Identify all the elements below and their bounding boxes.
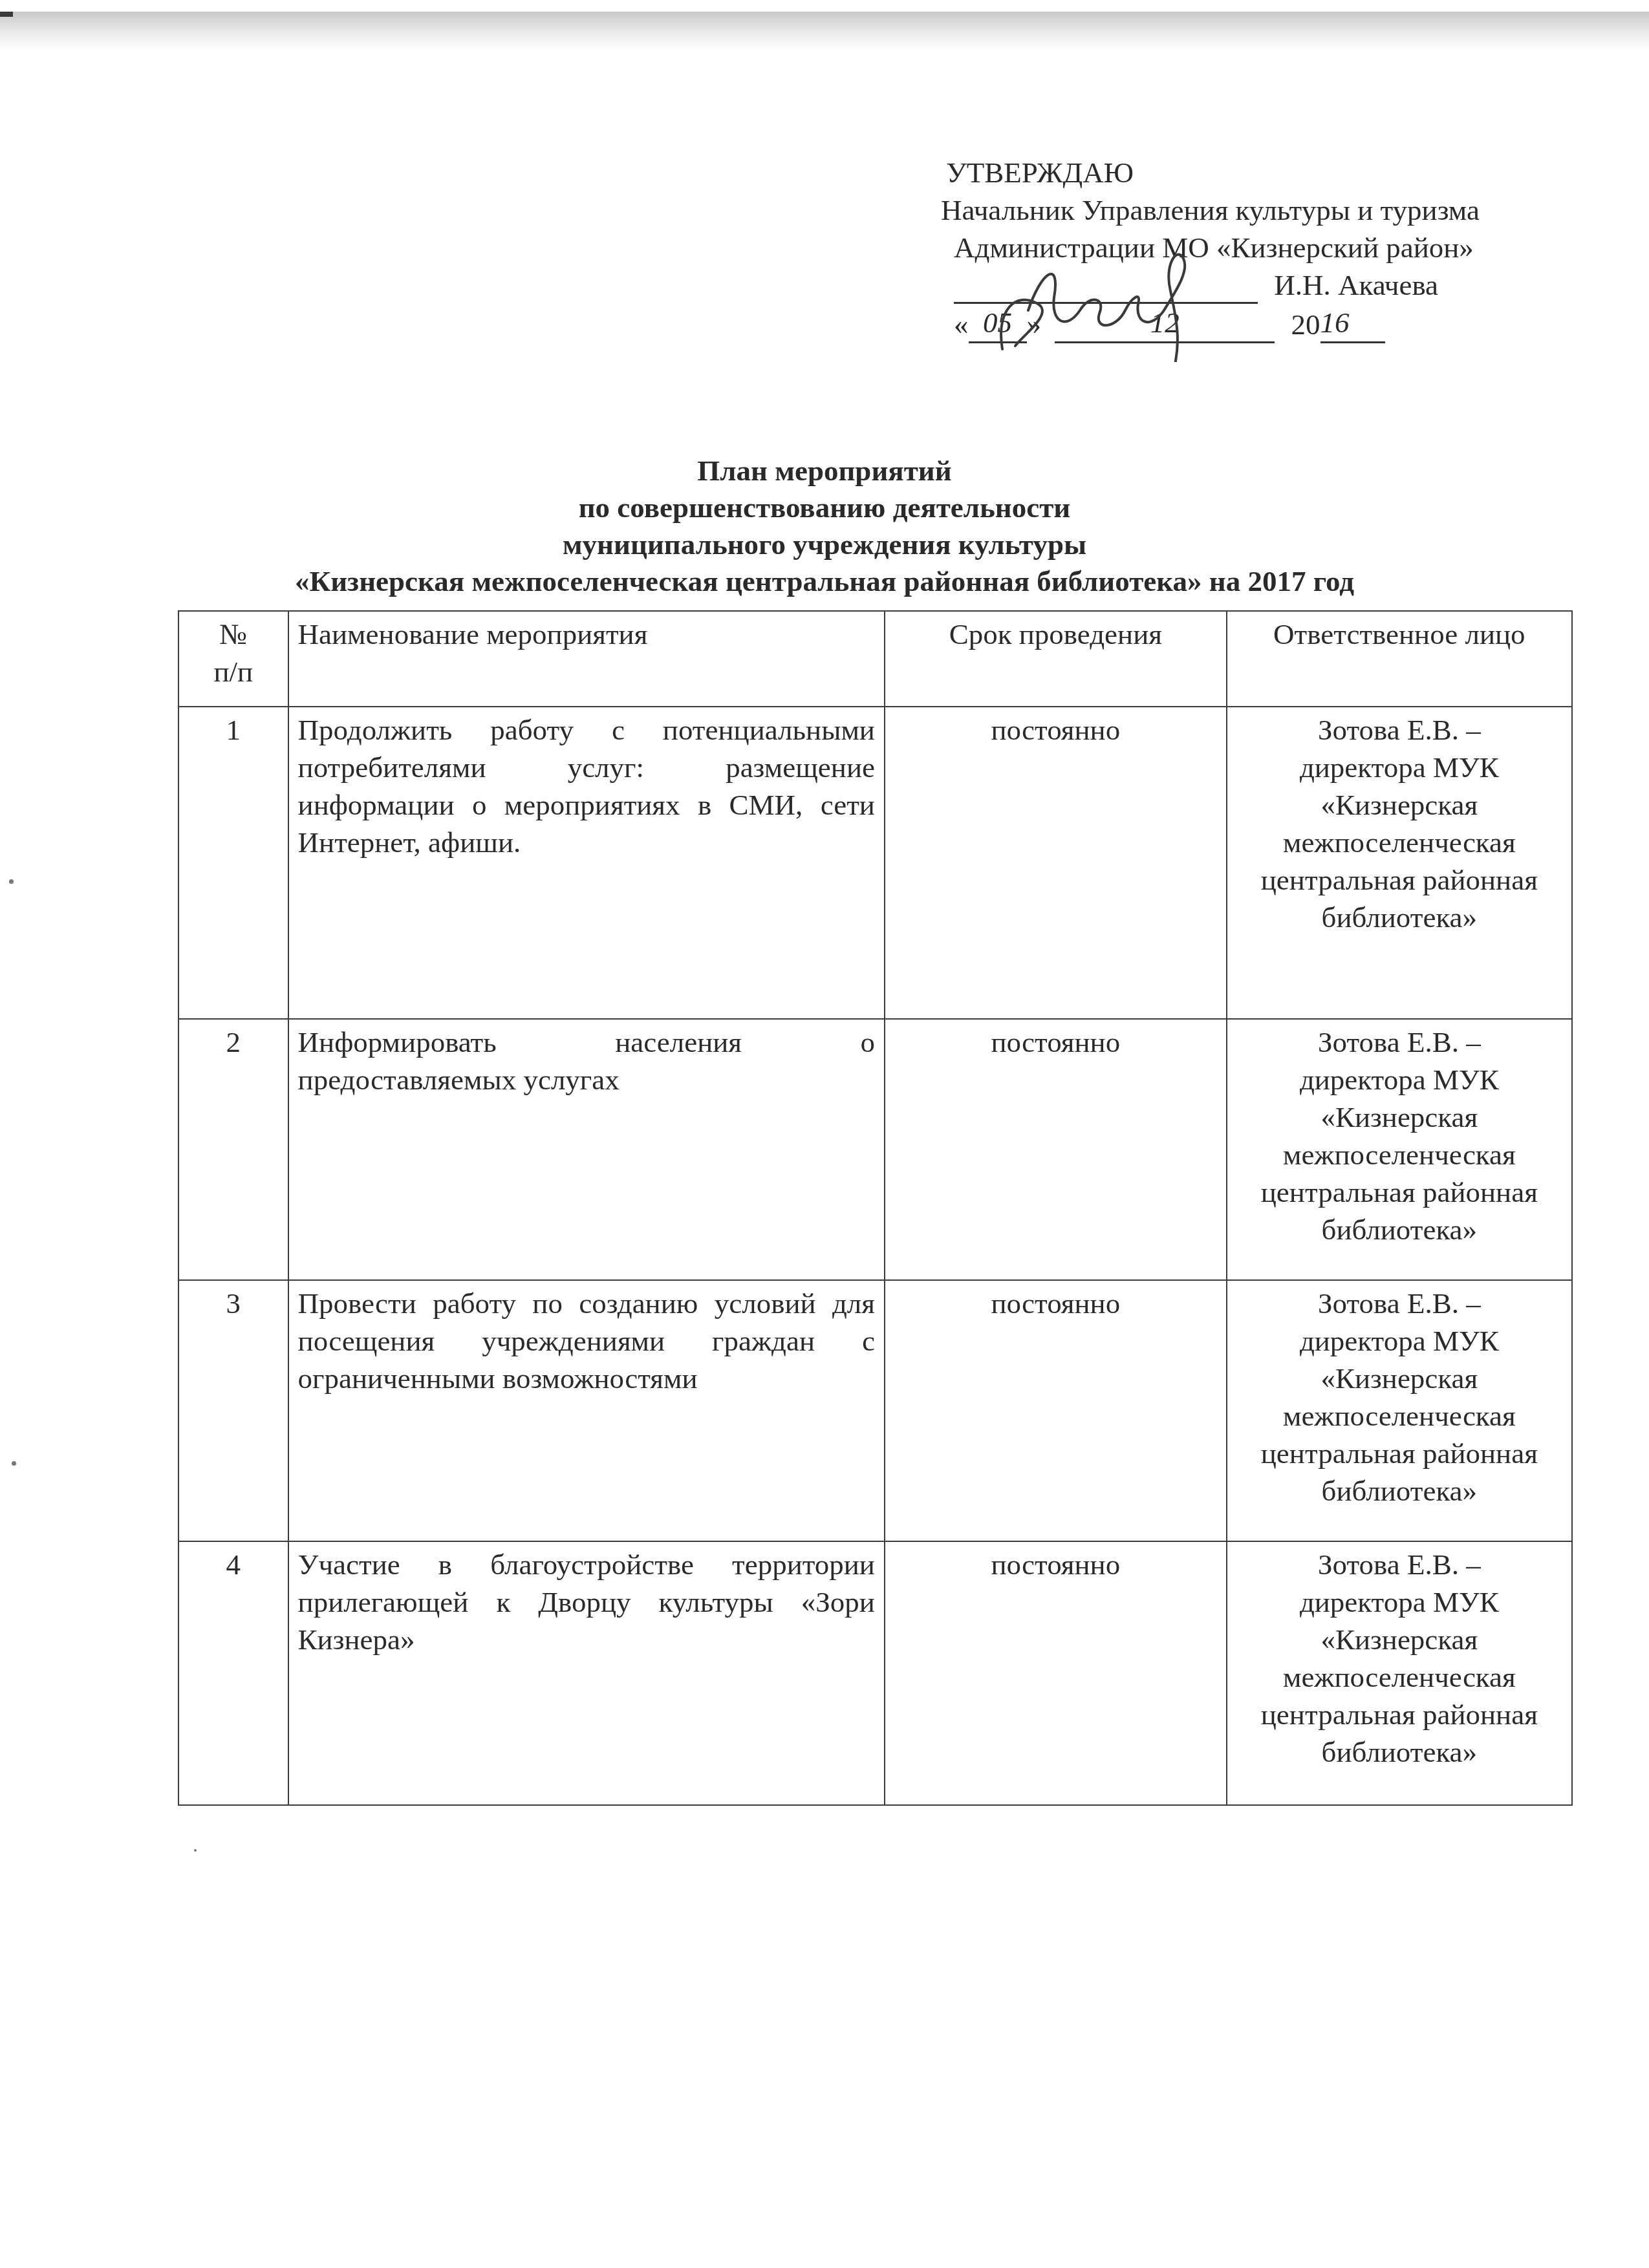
row-term: постоянно [885, 1019, 1227, 1280]
scan-speck [9, 879, 14, 884]
title-line2: по совершенствованию деятельности [0, 489, 1649, 526]
title-line1: План мероприятий [0, 453, 1649, 489]
responsible-line: библиотека» [1236, 1211, 1562, 1248]
responsible-line: директора МУК [1236, 749, 1562, 786]
table-row: 3Провести работу по созданию условий для… [178, 1280, 1572, 1541]
responsible-line: директора МУК [1236, 1322, 1562, 1360]
plan-table: № п/п Наименование мероприятия Срок пров… [178, 610, 1573, 1806]
handwritten-signature-icon [976, 233, 1364, 362]
header-num-symbol: № [188, 615, 279, 653]
approval-position-line1: Начальник Управления культуры и туризма [941, 191, 1588, 229]
header-responsible: Ответственное лицо [1227, 611, 1572, 707]
responsible-line: межпоселенческая [1236, 1658, 1562, 1696]
row-responsible: Зотова Е.В. –директора МУК«Кизнерскаямеж… [1227, 1280, 1572, 1541]
responsible-line: центральная районная [1236, 1696, 1562, 1733]
scan-speck [12, 1461, 16, 1466]
document-title: План мероприятий по совершенствованию де… [0, 453, 1649, 600]
row-number: 3 [178, 1280, 288, 1541]
responsible-line: «Кизнерская [1236, 1098, 1562, 1136]
responsible-line: библиотека» [1236, 899, 1562, 936]
row-responsible: Зотова Е.В. –директора МУК«Кизнерскаямеж… [1227, 707, 1572, 1019]
header-term: Срок проведения [885, 611, 1227, 707]
header-name: Наименование мероприятия [288, 611, 885, 707]
table-header-row: № п/п Наименование мероприятия Срок пров… [178, 611, 1572, 707]
responsible-line: библиотека» [1236, 1733, 1562, 1771]
responsible-line: Зотова Е.В. – [1236, 1546, 1562, 1583]
row-term: постоянно [885, 707, 1227, 1019]
row-number: 4 [178, 1541, 288, 1805]
responsible-line: «Кизнерская [1236, 1360, 1562, 1397]
row-activity-name: Провести работу по созданию условий для … [288, 1280, 885, 1541]
responsible-line: межпоселенческая [1236, 1397, 1562, 1435]
responsible-line: центральная районная [1236, 1173, 1562, 1211]
row-number: 2 [178, 1019, 288, 1280]
table-row: 2Информировать населения о предоставляем… [178, 1019, 1572, 1280]
responsible-line: центральная районная [1236, 861, 1562, 899]
responsible-line: Зотова Е.В. – [1236, 711, 1562, 749]
responsible-line: «Кизнерская [1236, 786, 1562, 824]
row-term: постоянно [885, 1280, 1227, 1541]
table-row: 4Участие в благоустройстве территории пр… [178, 1541, 1572, 1805]
header-num: № п/п [178, 611, 288, 707]
row-activity-name: Продолжить работу с потенциальными потре… [288, 707, 885, 1019]
responsible-line: Зотова Е.В. – [1236, 1285, 1562, 1322]
row-number: 1 [178, 707, 288, 1019]
title-line4: «Кизнерская межпоселенческая центральная… [0, 563, 1649, 600]
title-line3: муниципального учреждения культуры [0, 526, 1649, 563]
scan-speck [194, 1849, 197, 1852]
row-responsible: Зотова Е.В. –директора МУК«Кизнерскаямеж… [1227, 1019, 1572, 1280]
responsible-line: Зотова Е.В. – [1236, 1023, 1562, 1061]
responsible-line: директора МУК [1236, 1583, 1562, 1621]
approval-stamp: УТВЕРЖДАЮ [941, 154, 1588, 191]
date-quote-open: « [954, 308, 969, 341]
row-activity-name: Информировать населения о предоставляемы… [288, 1019, 885, 1280]
row-activity-name: Участие в благоустройстве территории при… [288, 1541, 885, 1805]
responsible-line: «Кизнерская [1236, 1621, 1562, 1658]
scan-shadow [0, 12, 1649, 50]
responsible-line: межпоселенческая [1236, 1136, 1562, 1173]
responsible-line: центральная районная [1236, 1435, 1562, 1472]
responsible-line: библиотека» [1236, 1472, 1562, 1510]
responsible-line: директора МУК [1236, 1061, 1562, 1098]
responsible-line: межпоселенческая [1236, 824, 1562, 861]
row-term: постоянно [885, 1541, 1227, 1805]
row-responsible: Зотова Е.В. –директора МУК«Кизнерскаямеж… [1227, 1541, 1572, 1805]
scan-edge [0, 12, 13, 17]
table-row: 1Продолжить работу с потенциальными потр… [178, 707, 1572, 1019]
header-num-pp: п/п [188, 653, 279, 690]
